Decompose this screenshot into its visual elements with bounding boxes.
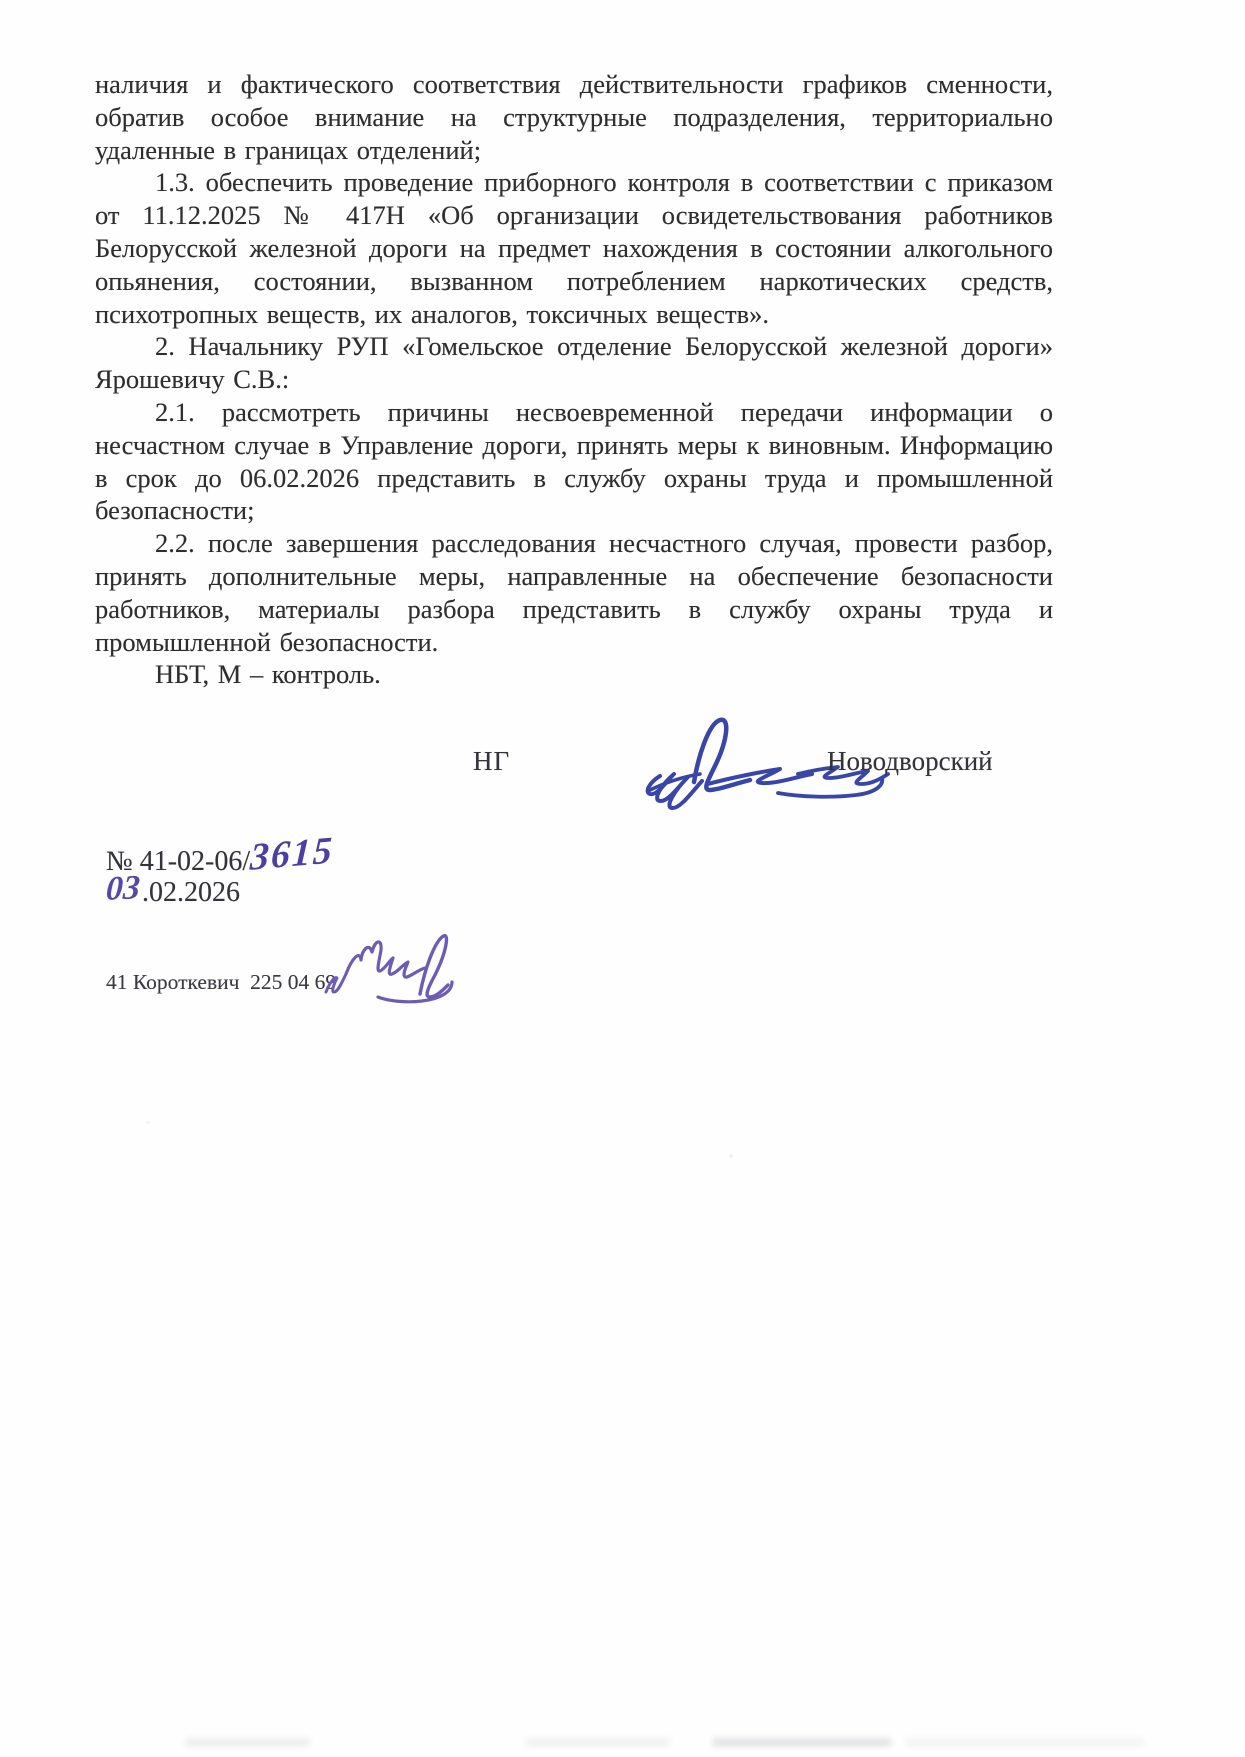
date-day-handwritten: 03 bbox=[105, 869, 141, 909]
executor-contact-line: 41 Короткевич 225 04 69 bbox=[106, 970, 336, 995]
signer-surname: Новодворский bbox=[827, 746, 993, 777]
paragraph-item-2-1: 2.1. рассмотреть причины несвоевременной… bbox=[95, 396, 1053, 527]
outgoing-number-line: № 41-02-06/3615 bbox=[106, 836, 334, 872]
scan-speck bbox=[146, 1121, 150, 1124]
paragraph-item-1-3: 1.3. обеспечить проведение приборного ко… bbox=[95, 166, 1053, 330]
scan-speck bbox=[729, 1154, 733, 1158]
page-bottom-bleed-through bbox=[0, 1736, 1245, 1752]
reference-block: № 41-02-06/3615 03.02.2026 bbox=[106, 836, 334, 908]
outgoing-number-handwritten: 3615 bbox=[249, 828, 335, 880]
paragraph-item-2-2: 2.2. после завершения расследования несч… bbox=[95, 527, 1053, 658]
paragraph-control-note: НБТ, М – контроль. bbox=[95, 658, 1053, 691]
paragraph-continuation: наличия и фактического соответствия дейс… bbox=[95, 68, 1053, 166]
signer-position-abbreviation: НГ bbox=[473, 746, 510, 777]
document-body-text: наличия и фактического соответствия дейс… bbox=[95, 68, 1053, 691]
outgoing-date-line: 03.02.2026 bbox=[106, 872, 334, 908]
paragraph-item-2: 2. Начальнику РУП «Гомельское отделение … bbox=[95, 330, 1053, 396]
date-printed-part: .02.2026 bbox=[142, 877, 240, 908]
scanned-document-page: наличия и фактического соответствия дейс… bbox=[0, 0, 1245, 1757]
korotkevich-signature-icon bbox=[320, 930, 460, 1018]
